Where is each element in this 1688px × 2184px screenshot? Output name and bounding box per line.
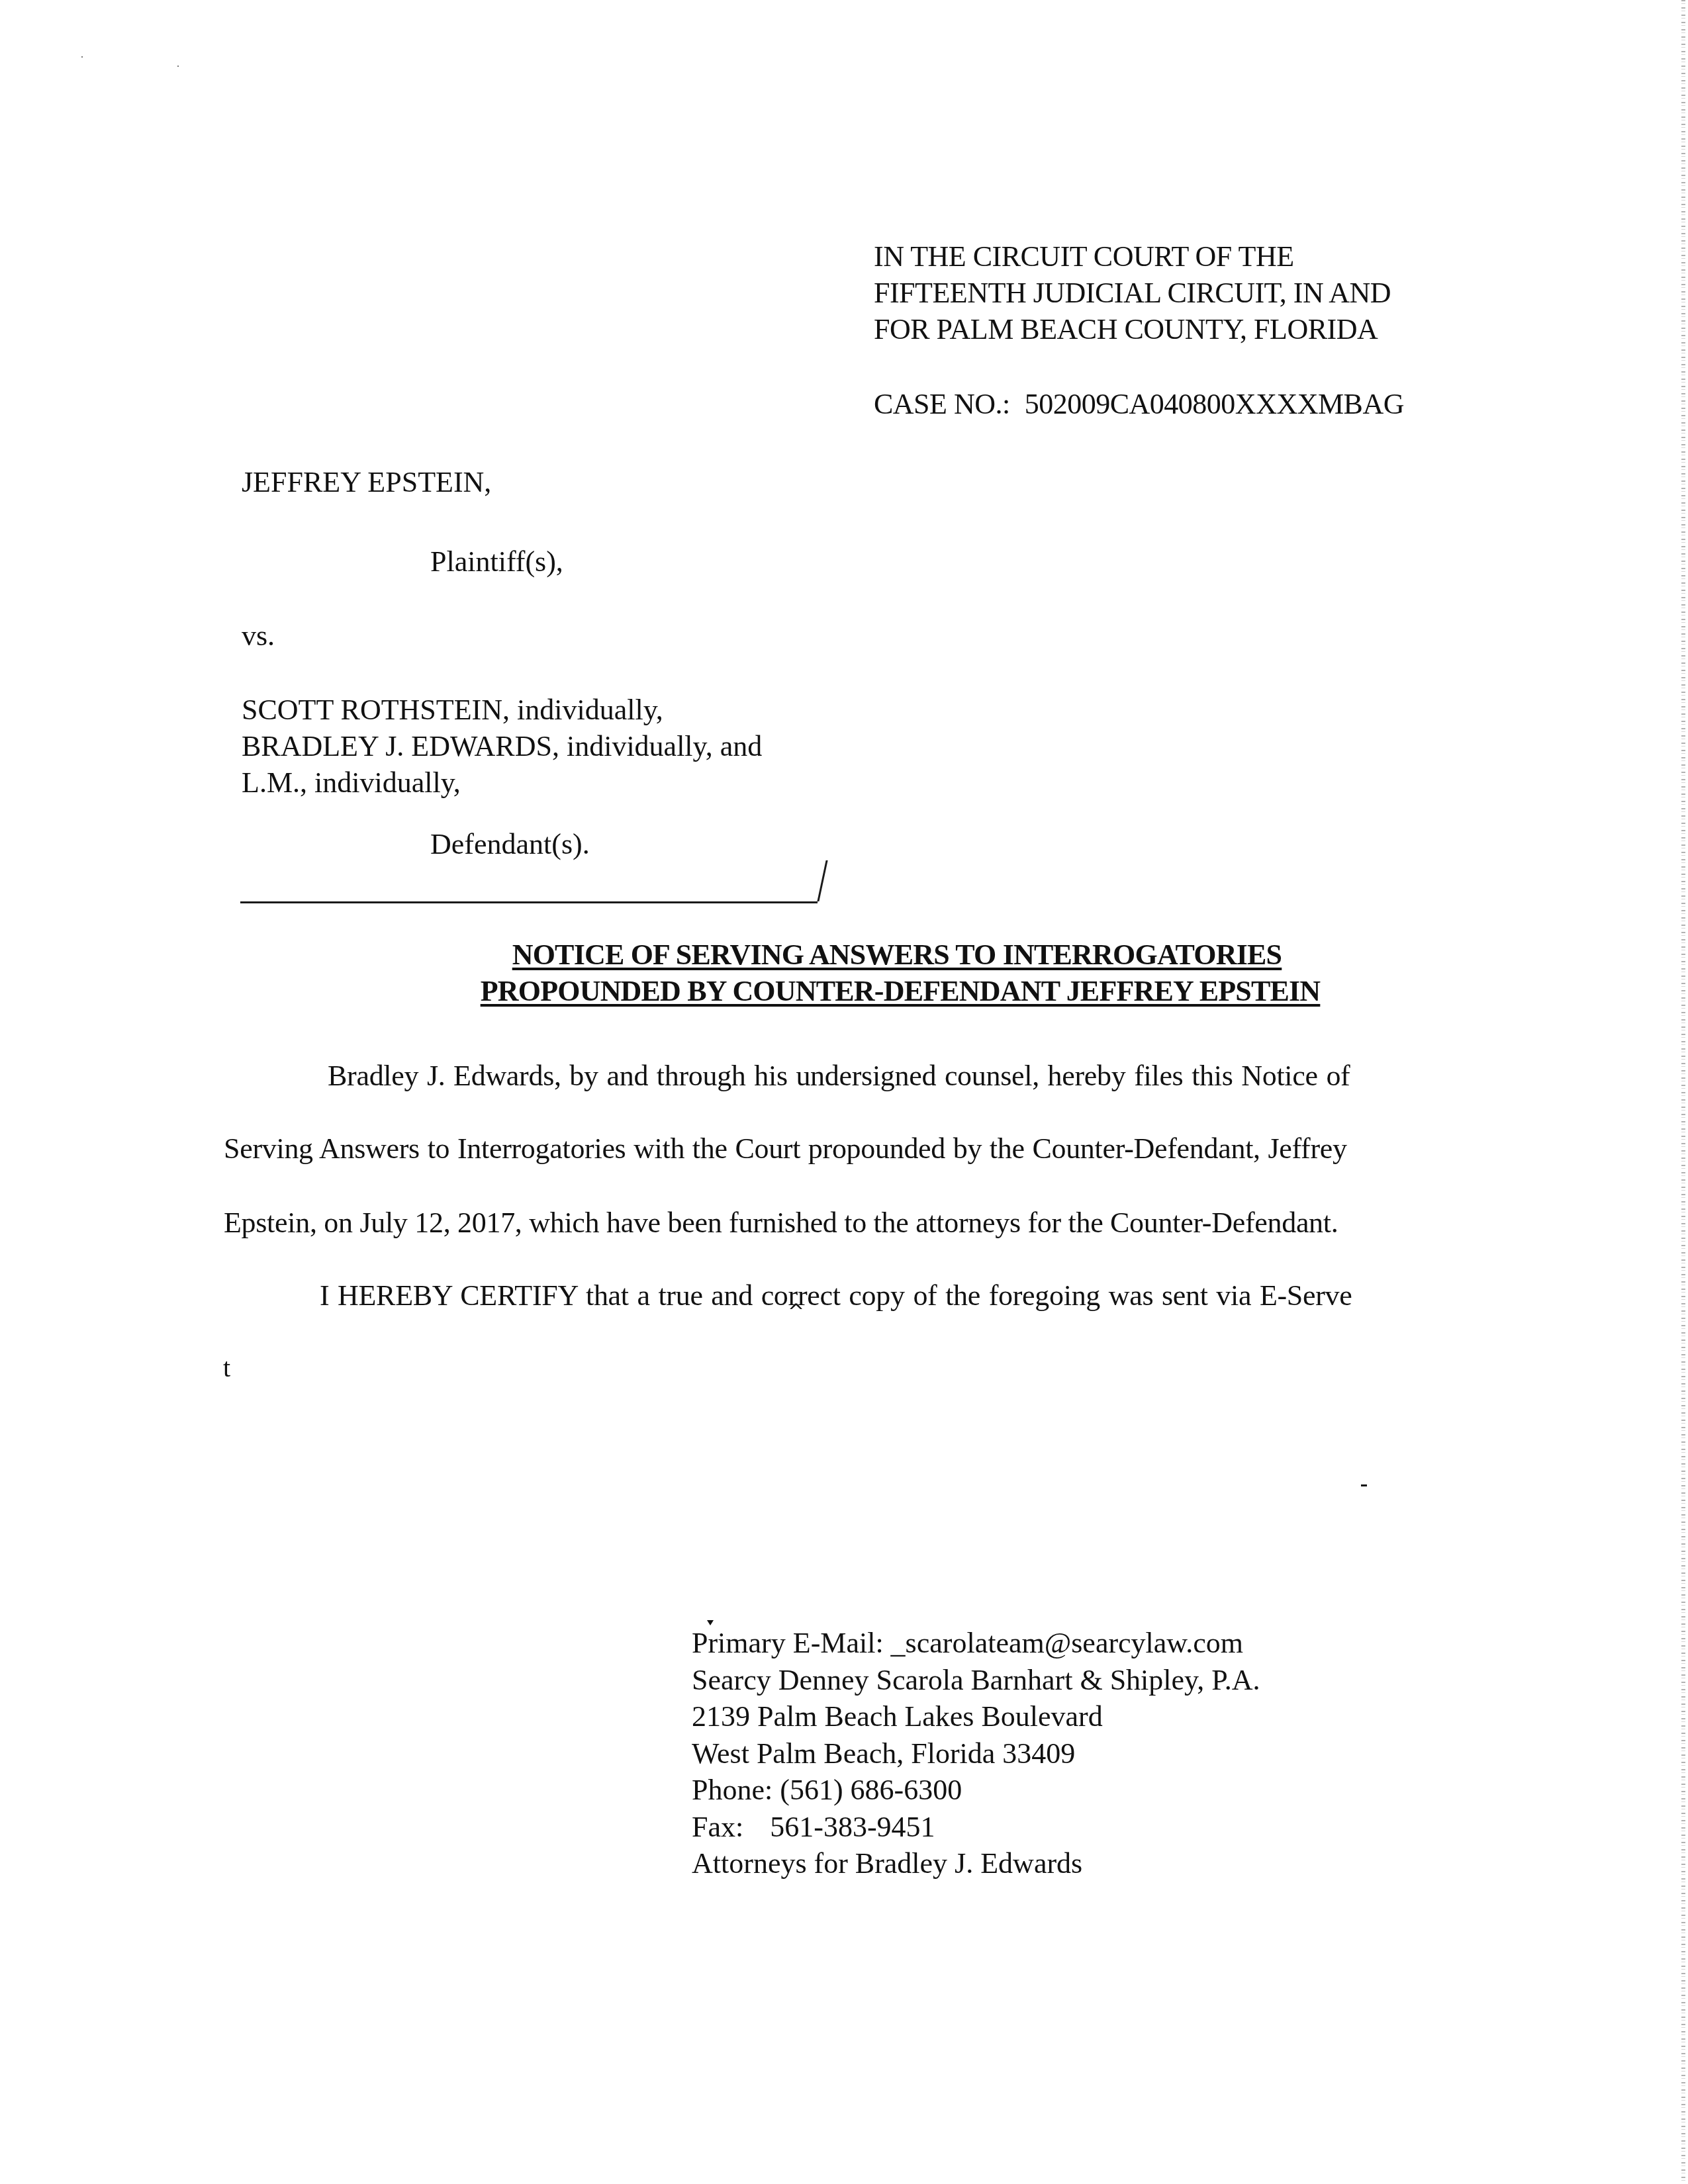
title-line-2: PROPOUNDED BY COUNTER-DEFENDANT JEFFREY … xyxy=(113,973,1688,1009)
body-line-1: Bradley J. Edwards, by and through his u… xyxy=(328,1059,1350,1093)
court-line-1: IN THE CIRCUIT COURT OF THE xyxy=(874,238,1391,275)
signature-block: Primary E-Mail: _scarolateam@searcylaw.c… xyxy=(692,1625,1260,1882)
street-address: 2139 Palm Beach Lakes Boulevard xyxy=(692,1698,1260,1735)
phone-line: Phone: (561) 686-6300 xyxy=(692,1772,1260,1809)
case-number-line: CASE NO.:502009CA040800XXXXMBAG xyxy=(874,387,1404,421)
defendant-3: L.M., individually, xyxy=(242,764,762,801)
case-number-label: CASE NO.: xyxy=(874,388,1010,420)
title-line-1: NOTICE OF SERVING ANSWERS TO INTERROGATO… xyxy=(106,936,1688,973)
court-header: IN THE CIRCUIT COURT OF THE FIFTEENTH JU… xyxy=(874,238,1391,347)
defendant-2: BRADLEY J. EDWARDS, individually, and xyxy=(242,728,762,764)
defendants-list: SCOTT ROTHSTEIN, individually, BRADLEY J… xyxy=(242,692,762,801)
scan-speck xyxy=(177,66,179,67)
email-line: Primary E-Mail: _scarolateam@searcylaw.c… xyxy=(692,1625,1260,1662)
case-number: 502009CA040800XXXXMBAG xyxy=(1025,388,1404,420)
caption-divider-line xyxy=(240,901,818,903)
city-state-zip: West Palm Beach, Florida 33409 xyxy=(692,1735,1260,1772)
firm-name: Searcy Denney Scarola Barnhart & Shipley… xyxy=(692,1662,1260,1699)
defendant-1: SCOTT ROTHSTEIN, individually, xyxy=(242,692,762,728)
defendant-role: Defendant(s). xyxy=(430,827,590,861)
certificate-line: I HEREBY CERTIFY that a true and correct… xyxy=(320,1279,1352,1312)
scan-speck xyxy=(81,56,83,58)
versus: vs. xyxy=(242,619,275,653)
stray-character: t xyxy=(223,1352,230,1383)
court-line-2: FIFTEENTH JUDICIAL CIRCUIT, IN AND xyxy=(874,275,1391,311)
court-line-3: FOR PALM BEACH COUNTY, FLORIDA xyxy=(874,311,1391,347)
stray-dash-mark xyxy=(1361,1484,1367,1486)
body-line-3: Epstein, on July 12, 2017, which have be… xyxy=(224,1206,1338,1240)
document-page: IN THE CIRCUIT COURT OF THE FIFTEENTH JU… xyxy=(0,0,1688,2184)
fax-line: Fax:561-383-9451 xyxy=(692,1809,1260,1846)
plaintiff-name: JEFFREY EPSTEIN, xyxy=(242,465,491,499)
caption-slash xyxy=(817,860,827,901)
email-label: Primary E-Mail: xyxy=(692,1627,884,1659)
body-line-2: Serving Answers to Interrogatories with … xyxy=(224,1132,1347,1165)
fax-label: Fax: xyxy=(692,1811,743,1843)
scan-edge-artifact xyxy=(1681,0,1685,2184)
plaintiff-role: Plaintiff(s), xyxy=(430,545,563,578)
attorneys-for: Attorneys for Bradley J. Edwards xyxy=(692,1845,1260,1882)
fax-number: 561-383-9451 xyxy=(770,1811,935,1843)
caret-mark: ^ xyxy=(788,1302,804,1322)
email-address: _scarolateam@searcylaw.com xyxy=(891,1627,1243,1659)
document-title: NOTICE OF SERVING ANSWERS TO INTERROGATO… xyxy=(0,936,1688,1009)
